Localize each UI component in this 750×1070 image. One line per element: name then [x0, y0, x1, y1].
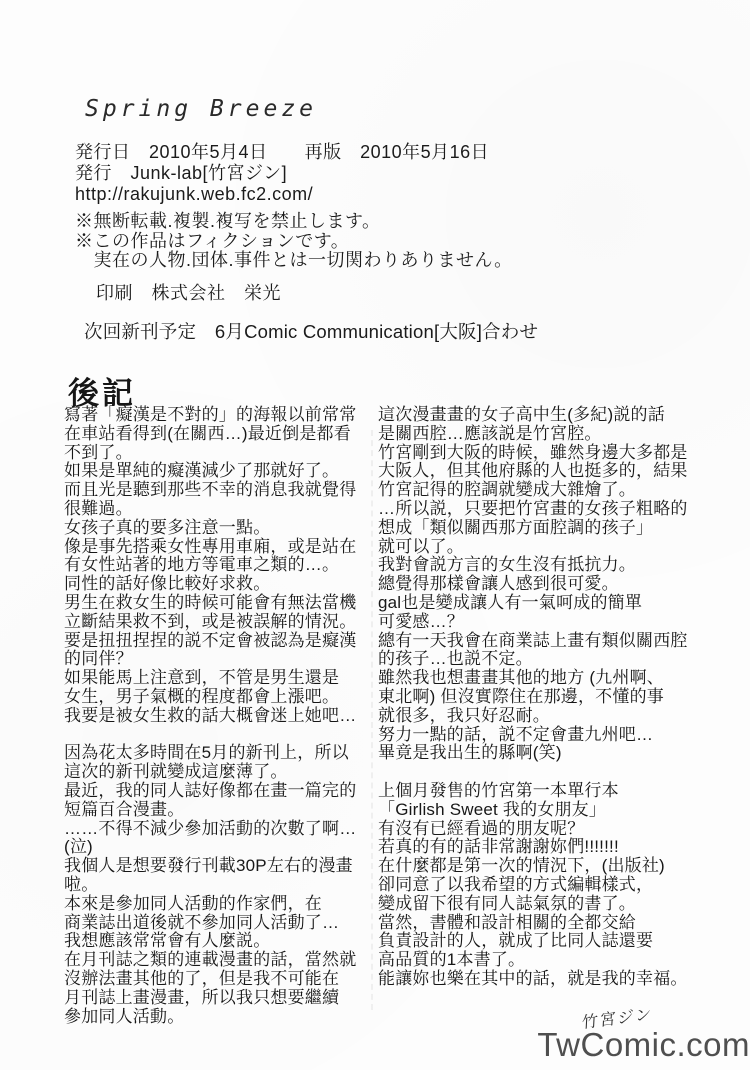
next-release-announcement: 次回新刊予定 6月Comic Communication[大阪]合わせ	[84, 318, 538, 344]
afterword-right-column: 這次漫畫畫的女子高中生(多紀)説的話 是關西腔…應該説是竹宮腔。 竹宮剛到大阪的…	[378, 406, 712, 989]
watermark-text: TwComic.com	[537, 1026, 750, 1064]
scanned-afterword-page: Spring Breeze 発行日 2010年5月4日 再版 2010年5月16…	[0, 0, 750, 1070]
printer-credit: 印刷 株式会社 栄光	[96, 279, 281, 305]
afterword-left-column: 寫著「癡漢是不對的」的海報以前常常 在車站看得到(在關西…)最近倒是都看 不到了…	[64, 406, 380, 1026]
book-title: Spring Breeze	[85, 96, 317, 122]
copyright-notices: ※無断転載.複製.複写を禁止します。 ※この作品はフィクションです。 実在の人物…	[75, 212, 513, 271]
publication-info: 発行日 2010年5月4日 再版 2010年5月16日 発行 Junk-lab[…	[75, 142, 489, 205]
